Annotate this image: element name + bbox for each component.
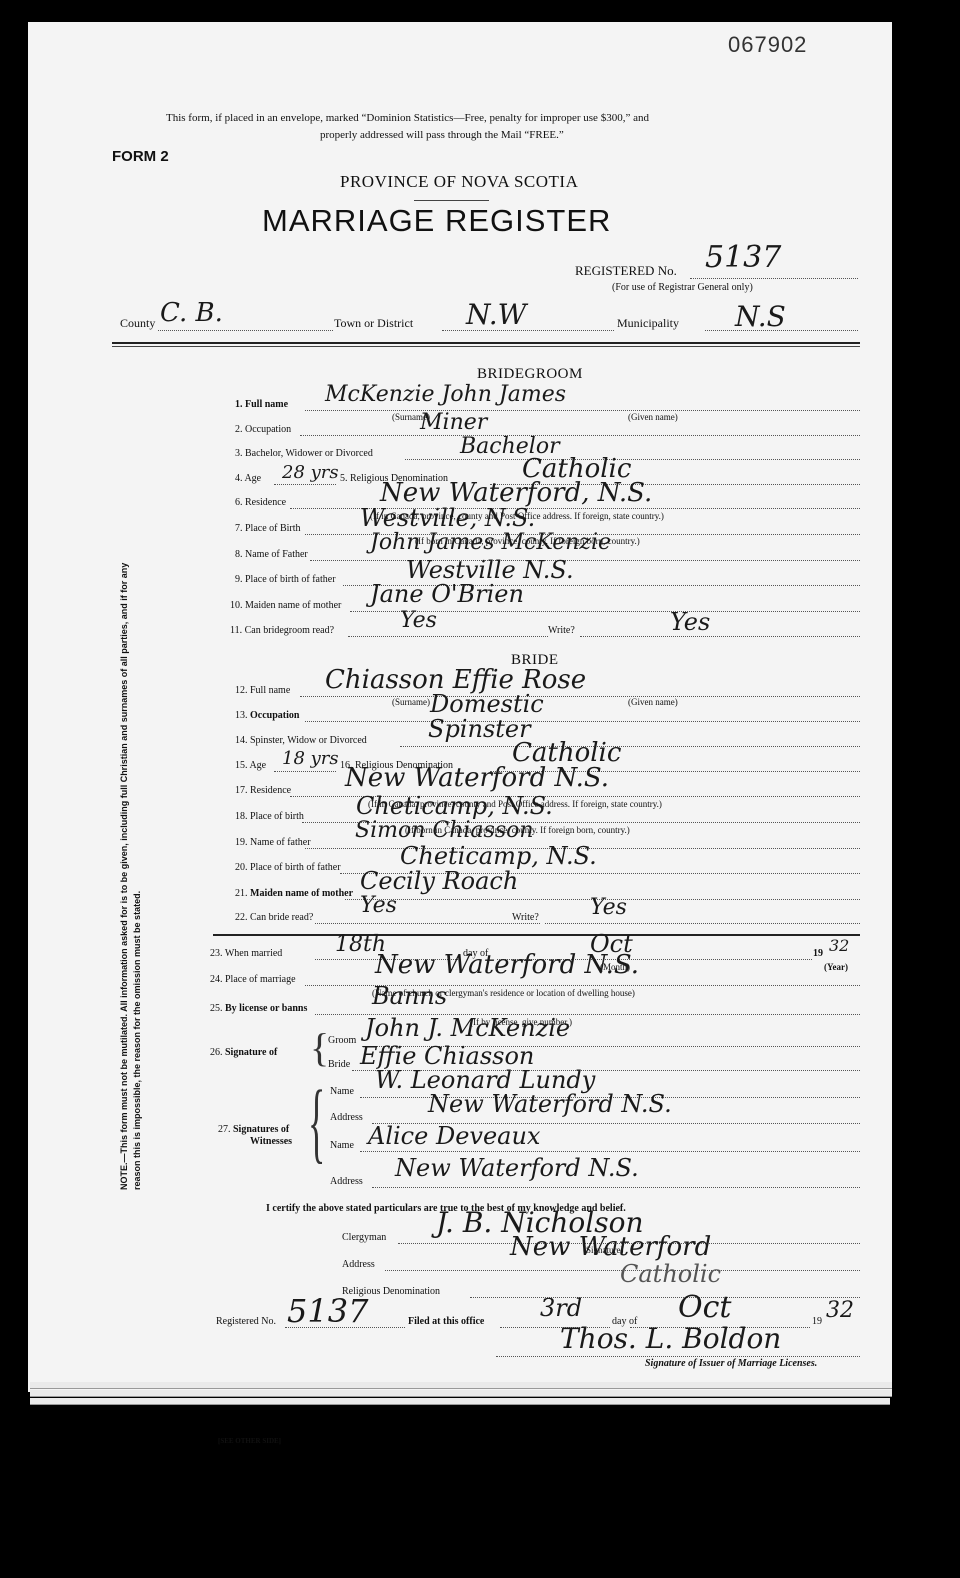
groom-birthplace: Westville, N.S. [360, 504, 535, 532]
divider [414, 200, 489, 201]
archive-number: 067902 [728, 32, 807, 58]
town-value: N.W [466, 298, 526, 331]
filing-year: 32 [826, 1298, 854, 1323]
paper-edge [30, 1390, 892, 1397]
bride-father-birthplace: Cheticamp, N.S. [400, 842, 597, 870]
county-value: C. B. [160, 298, 223, 328]
paper-edge [30, 1382, 892, 1389]
postage-notice: This form, if placed in an envelope, mar… [166, 112, 649, 124]
filing-registered-number: 5137 [287, 1292, 368, 1330]
registrar-note: (For use of Registrar General only) [612, 282, 753, 293]
section-bridegroom: BRIDEGROOM [477, 366, 583, 383]
municipality-label: Municipality [617, 316, 679, 331]
witness-2-name: Alice Deveaux [368, 1122, 540, 1150]
issuer-label: Signature of Issuer of Marriage Licenses… [645, 1358, 817, 1369]
form-id: FORM 2 [112, 148, 169, 165]
clergyman-address: New Waterford [510, 1232, 711, 1262]
filing-month: Oct [678, 1290, 731, 1325]
town-label: Town or District [334, 316, 413, 331]
side-note: NOTE.—This form must not be mutilated. A… [118, 560, 144, 1190]
groom-age: 28 yrs [282, 462, 339, 483]
county-label: County [120, 316, 155, 331]
marriage-year: 32 [829, 936, 849, 955]
see-other-side: [SEE OTHER SIDE] [218, 1437, 281, 1445]
groom-occupation: Miner [420, 410, 487, 435]
postage-notice-2: properly addressed will pass through the… [320, 129, 564, 141]
groom-mother: Jane O'Brien [370, 580, 524, 608]
bride-can-write: Yes [590, 895, 627, 920]
witness-2-address: New Waterford N.S. [395, 1154, 639, 1182]
bride-father: Simon Chiasson [355, 818, 534, 843]
bride-occupation: Domestic [430, 690, 544, 718]
groom-full-name: McKenzie John James [325, 382, 566, 407]
bride-birthplace: Cheticamp, N.S. [356, 792, 553, 820]
clergyman-denomination: Catholic [620, 1260, 721, 1288]
bride-residence: New Waterford N.S. [345, 763, 609, 793]
witness-1-address: New Waterford N.S. [428, 1090, 672, 1118]
marriage-license-value: Banns [372, 982, 447, 1010]
groom-father: John James McKenzie [370, 530, 611, 555]
bride-mother: Cecily Roach [360, 867, 518, 895]
bride-age: 18 yrs [282, 748, 339, 769]
paper-edge [30, 1398, 890, 1405]
bride-can-read: Yes [360, 893, 397, 918]
municipality-value: N.S [735, 300, 786, 333]
groom-can-read: Yes [400, 608, 437, 633]
marriage-place-value: New Waterford N.S. [375, 950, 639, 980]
main-title: MARRIAGE REGISTER [262, 203, 611, 239]
registered-number: 5137 [705, 240, 781, 275]
registered-label: REGISTERED No. [575, 263, 677, 279]
groom-signature: John J. McKenzie [365, 1014, 570, 1042]
issuer-signature: Thos. L. Boldon [560, 1322, 781, 1355]
filing-day: 3rd [540, 1294, 582, 1322]
groom-can-write: Yes [670, 608, 710, 636]
province-title: PROVINCE OF NOVA SCOTIA [340, 172, 578, 192]
